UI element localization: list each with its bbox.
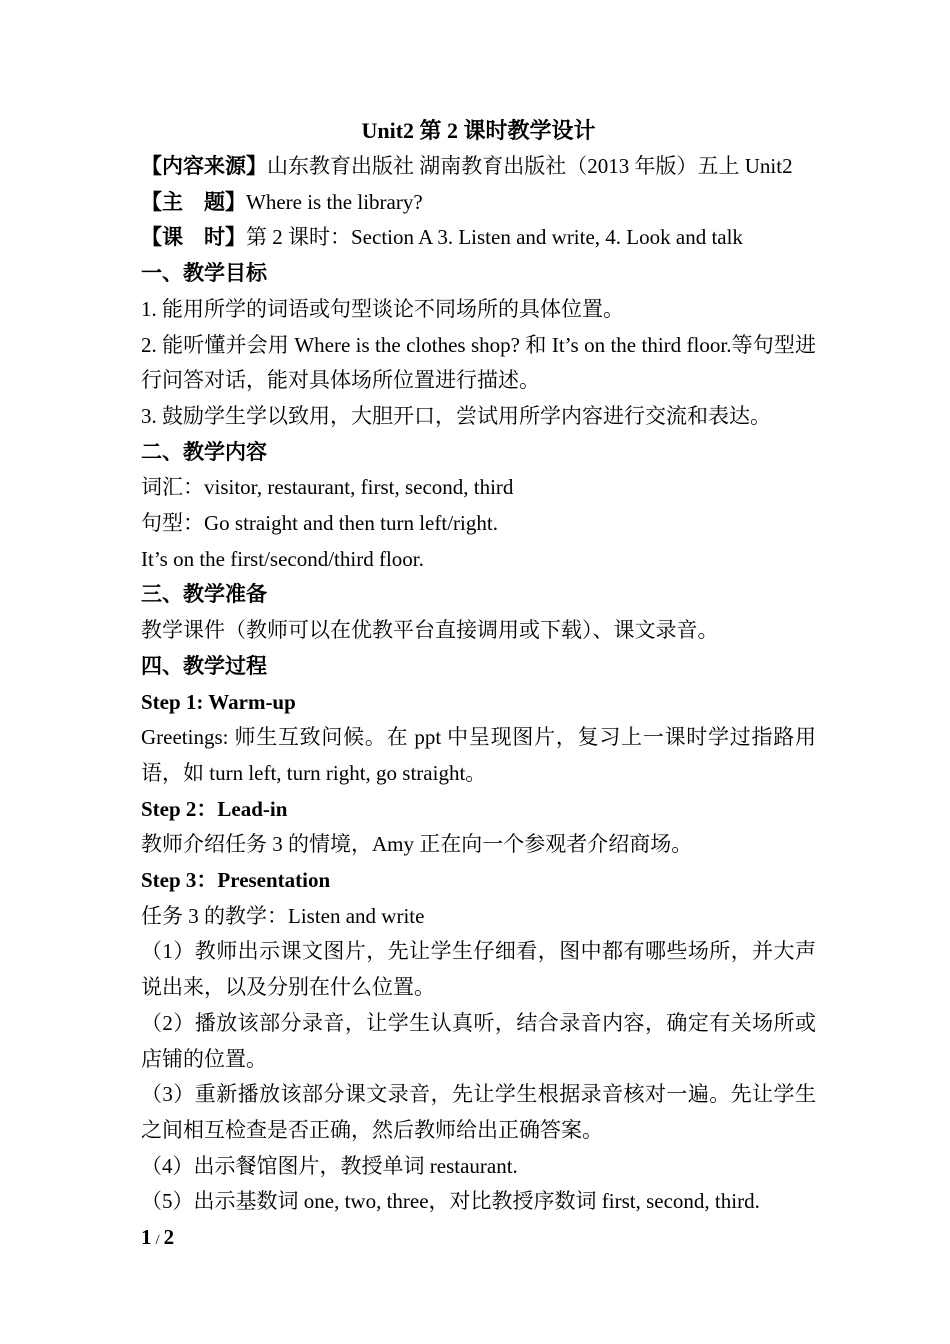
content-vocabulary: 词汇：visitor, restaurant, first, second, t… <box>141 470 816 506</box>
step2-text: 教师介绍任务 3 的情境，Amy 正在向一个参观者介绍商场。 <box>141 827 816 863</box>
meta-source-label: 【内容来源】 <box>141 154 267 178</box>
preparation-text: 教学课件（教师可以在优教平台直接调用或下载）、课文录音。 <box>141 613 816 649</box>
meta-line-period: 【课 时】第 2 课时：Section A 3. Listen and writ… <box>141 220 816 256</box>
meta-period-text: 第 2 课时：Section A 3. Listen and write, 4.… <box>246 225 743 249</box>
page-number-separator: / <box>152 1232 164 1248</box>
meta-line-source: 【内容来源】山东教育出版社 湖南教育出版社（2013 年版）五上 Unit2 <box>141 149 816 185</box>
meta-topic-text: Where is the library? <box>246 190 423 214</box>
document-page: Unit2 第 2 课时教学设计 【内容来源】山东教育出版社 湖南教育出版社（2… <box>0 0 950 1344</box>
page-number-total: 2 <box>164 1225 175 1249</box>
step3-item-3: （3）重新播放该部分课文录音，先让学生根据录音核对一遍。先让学生之间相互检查是否… <box>141 1077 816 1148</box>
meta-topic-label: 【主 题】 <box>141 190 246 214</box>
document-title: Unit2 第 2 课时教学设计 <box>141 113 816 149</box>
step1-text: Greetings: 师生互致问候。在 ppt 中呈现图片，复习上一课时学过指路… <box>141 720 816 791</box>
step3-item-2: （2）播放该部分录音，让学生认真听，结合录音内容，确定有关场所或店铺的位置。 <box>141 1006 816 1077</box>
step3-task-intro: 任务 3 的教学：Listen and write <box>141 899 816 935</box>
meta-source-text: 山东教育出版社 湖南教育出版社（2013 年版）五上 Unit2 <box>267 154 793 178</box>
step1-heading: Step 1: Warm-up <box>141 685 816 721</box>
step3-item-5: （5）出示基数词 one, two, three，对比教授序数词 first, … <box>141 1184 816 1220</box>
heading-teaching-preparation: 三、教学准备 <box>141 577 816 613</box>
heading-teaching-objectives: 一、教学目标 <box>141 256 816 292</box>
heading-teaching-process: 四、教学过程 <box>141 649 816 685</box>
objective-1: 1. 能用所学的词语或句型谈论不同场所的具体位置。 <box>141 292 816 328</box>
step3-item-1: （1）教师出示课文图片，先让学生仔细看，图中都有哪些场所，并大声说出来，以及分别… <box>141 934 816 1005</box>
heading-teaching-content: 二、教学内容 <box>141 435 816 471</box>
step3-item-4: （4）出示餐馆图片，教授单词 restaurant. <box>141 1149 816 1185</box>
meta-period-label: 【课 时】 <box>141 225 246 249</box>
content-sentence-pattern-1: 句型：Go straight and then turn left/right. <box>141 506 816 542</box>
content-sentence-pattern-2: It’s on the first/second/third floor. <box>141 542 816 578</box>
page-footer: 1/2 <box>141 1220 816 1259</box>
step2-heading: Step 2：Lead-in <box>141 792 816 828</box>
objective-3: 3. 鼓励学生学以致用，大胆开口，尝试用所学内容进行交流和表达。 <box>141 399 816 435</box>
page-number-current: 1 <box>141 1225 152 1249</box>
objective-2: 2. 能听懂并会用 Where is the clothes shop? 和 I… <box>141 328 816 399</box>
step3-heading: Step 3：Presentation <box>141 863 816 899</box>
meta-line-topic: 【主 题】Where is the library? <box>141 185 816 221</box>
